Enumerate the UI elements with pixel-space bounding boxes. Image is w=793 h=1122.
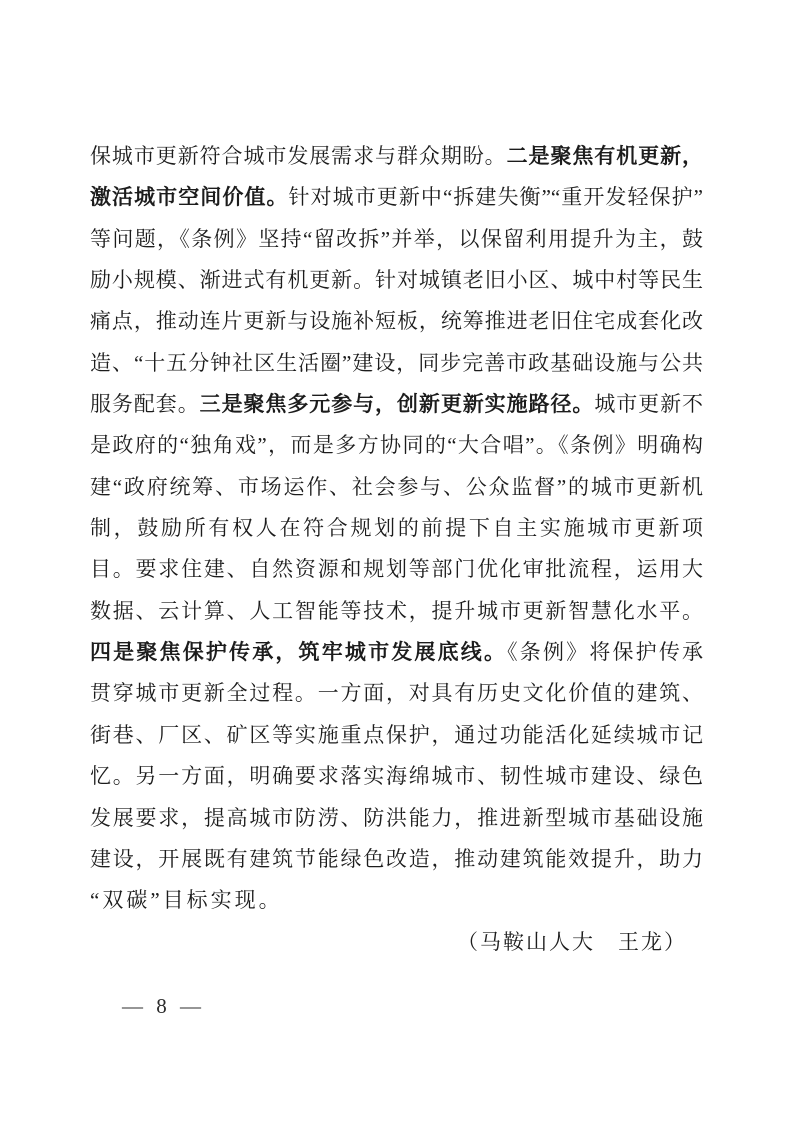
emphasis-text: 激活城市空间价值。 xyxy=(90,185,289,209)
body-text: 建“政府统筹、市场运作、社会参与、公众监督”的城市更新机 xyxy=(90,475,703,499)
page-number: — 8 — xyxy=(122,994,205,1019)
body-text: “双碳”目标实现。 xyxy=(90,888,283,912)
text-line: 等问题，《条例》坚持“留改拆”并举，以保留利用提升为主，鼓 xyxy=(90,219,703,260)
text-line: 目。要求住建、自然资源和规划等部门优化审批流程，运用大 xyxy=(90,549,703,590)
body-text: 励小规模、渐进式有机更新。针对城镇老旧小区、城中村等民生 xyxy=(90,268,703,292)
body-text: 是政府的“独角戏”，而是多方协同的“大合唱”。《条例》明确构 xyxy=(90,433,703,457)
body-text: 制，鼓励所有权人在符合规划的前提下自主实施城市更新项 xyxy=(90,516,703,540)
emphasis-text: 四是聚焦保护传承，筑牢城市发展底线。 xyxy=(90,640,507,664)
body-text: 忆。另一方面，明确要求落实海绵城市、韧性城市建设、绿色 xyxy=(90,764,703,788)
attribution-line: （马鞍山人大 王龙） xyxy=(90,922,703,963)
body-text: 数据、云计算、人工智能等技术，提升城市更新智慧化水平。 xyxy=(90,599,703,623)
text-line: 是政府的“独角戏”，而是多方协同的“大合唱”。《条例》明确构 xyxy=(90,425,703,466)
body-text: 痛点，推动连片更新与设施补短板，统筹推进老旧住宅成套化改 xyxy=(90,309,703,333)
text-line: 贯穿城市更新全过程。一方面，对具有历史文化价值的建筑、 xyxy=(90,673,703,714)
body-text: 贯穿城市更新全过程。一方面，对具有历史文化价值的建筑、 xyxy=(90,681,703,705)
body-text: 街巷、厂区、矿区等实施重点保护，通过功能活化延续城市记 xyxy=(90,723,703,747)
text-line: 激活城市空间价值。针对城市更新中“拆建失衡”“重开发轻保护” xyxy=(90,177,703,218)
document-page: 保城市更新符合城市发展需求与群众期盼。二是聚焦有机更新，激活城市空间价值。针对城… xyxy=(0,0,793,1122)
body-text: 针对城市更新中“拆建失衡”“重开发轻保护” xyxy=(289,185,703,209)
text-line: 建设，开展既有建筑节能绿色改造，推动建筑能效提升，助力 xyxy=(90,839,703,880)
text-line: 四是聚焦保护传承，筑牢城市发展底线。《条例》将保护传承 xyxy=(90,632,703,673)
body-text: 建设，开展既有建筑节能绿色改造，推动建筑能效提升，助力 xyxy=(90,847,703,871)
emphasis-text: 三是聚焦多元参与，创新更新实施路径。 xyxy=(200,392,595,416)
text-line: 痛点，推动连片更新与设施补短板，统筹推进老旧住宅成套化改 xyxy=(90,301,703,342)
text-line: 发展要求，提高城市防涝、防洪能力，推进新型城市基础设施 xyxy=(90,798,703,839)
body-text: 目。要求住建、自然资源和规划等部门优化审批流程，运用大 xyxy=(90,557,703,581)
document-content: 保城市更新符合城市发展需求与群众期盼。二是聚焦有机更新，激活城市空间价值。针对城… xyxy=(90,136,703,963)
text-line: 忆。另一方面，明确要求落实海绵城市、韧性城市建设、绿色 xyxy=(90,756,703,797)
emphasis-text: 二是聚焦有机更新， xyxy=(507,144,703,168)
body-text: 发展要求，提高城市防涝、防洪能力，推进新型城市基础设施 xyxy=(90,806,703,830)
body-text: 服务配套。 xyxy=(90,392,200,416)
body-text: 等问题，《条例》坚持“留改拆”并举，以保留利用提升为主，鼓 xyxy=(90,227,703,251)
text-line: 造、“十五分钟社区生活圈”建设，同步完善市政基础设施与公共 xyxy=(90,343,703,384)
text-line: 建“政府统筹、市场运作、社会参与、公众监督”的城市更新机 xyxy=(90,467,703,508)
body-text: 造、“十五分钟社区生活圈”建设，同步完善市政基础设施与公共 xyxy=(90,351,703,375)
body-text: 《条例》将保护传承 xyxy=(507,640,703,664)
text-line: 励小规模、渐进式有机更新。针对城镇老旧小区、城中村等民生 xyxy=(90,260,703,301)
document-body: 保城市更新符合城市发展需求与群众期盼。二是聚焦有机更新，激活城市空间价值。针对城… xyxy=(90,136,703,922)
body-text: 城市更新不 xyxy=(594,392,703,416)
text-line: 街巷、厂区、矿区等实施重点保护，通过功能活化延续城市记 xyxy=(90,715,703,756)
text-line: 保城市更新符合城市发展需求与群众期盼。二是聚焦有机更新， xyxy=(90,136,703,177)
body-text: 保城市更新符合城市发展需求与群众期盼。 xyxy=(90,144,507,168)
text-line: 服务配套。三是聚焦多元参与，创新更新实施路径。城市更新不 xyxy=(90,384,703,425)
text-line: 制，鼓励所有权人在符合规划的前提下自主实施城市更新项 xyxy=(90,508,703,549)
text-line: “双碳”目标实现。 xyxy=(90,880,703,921)
text-line: 数据、云计算、人工智能等技术，提升城市更新智慧化水平。 xyxy=(90,591,703,632)
